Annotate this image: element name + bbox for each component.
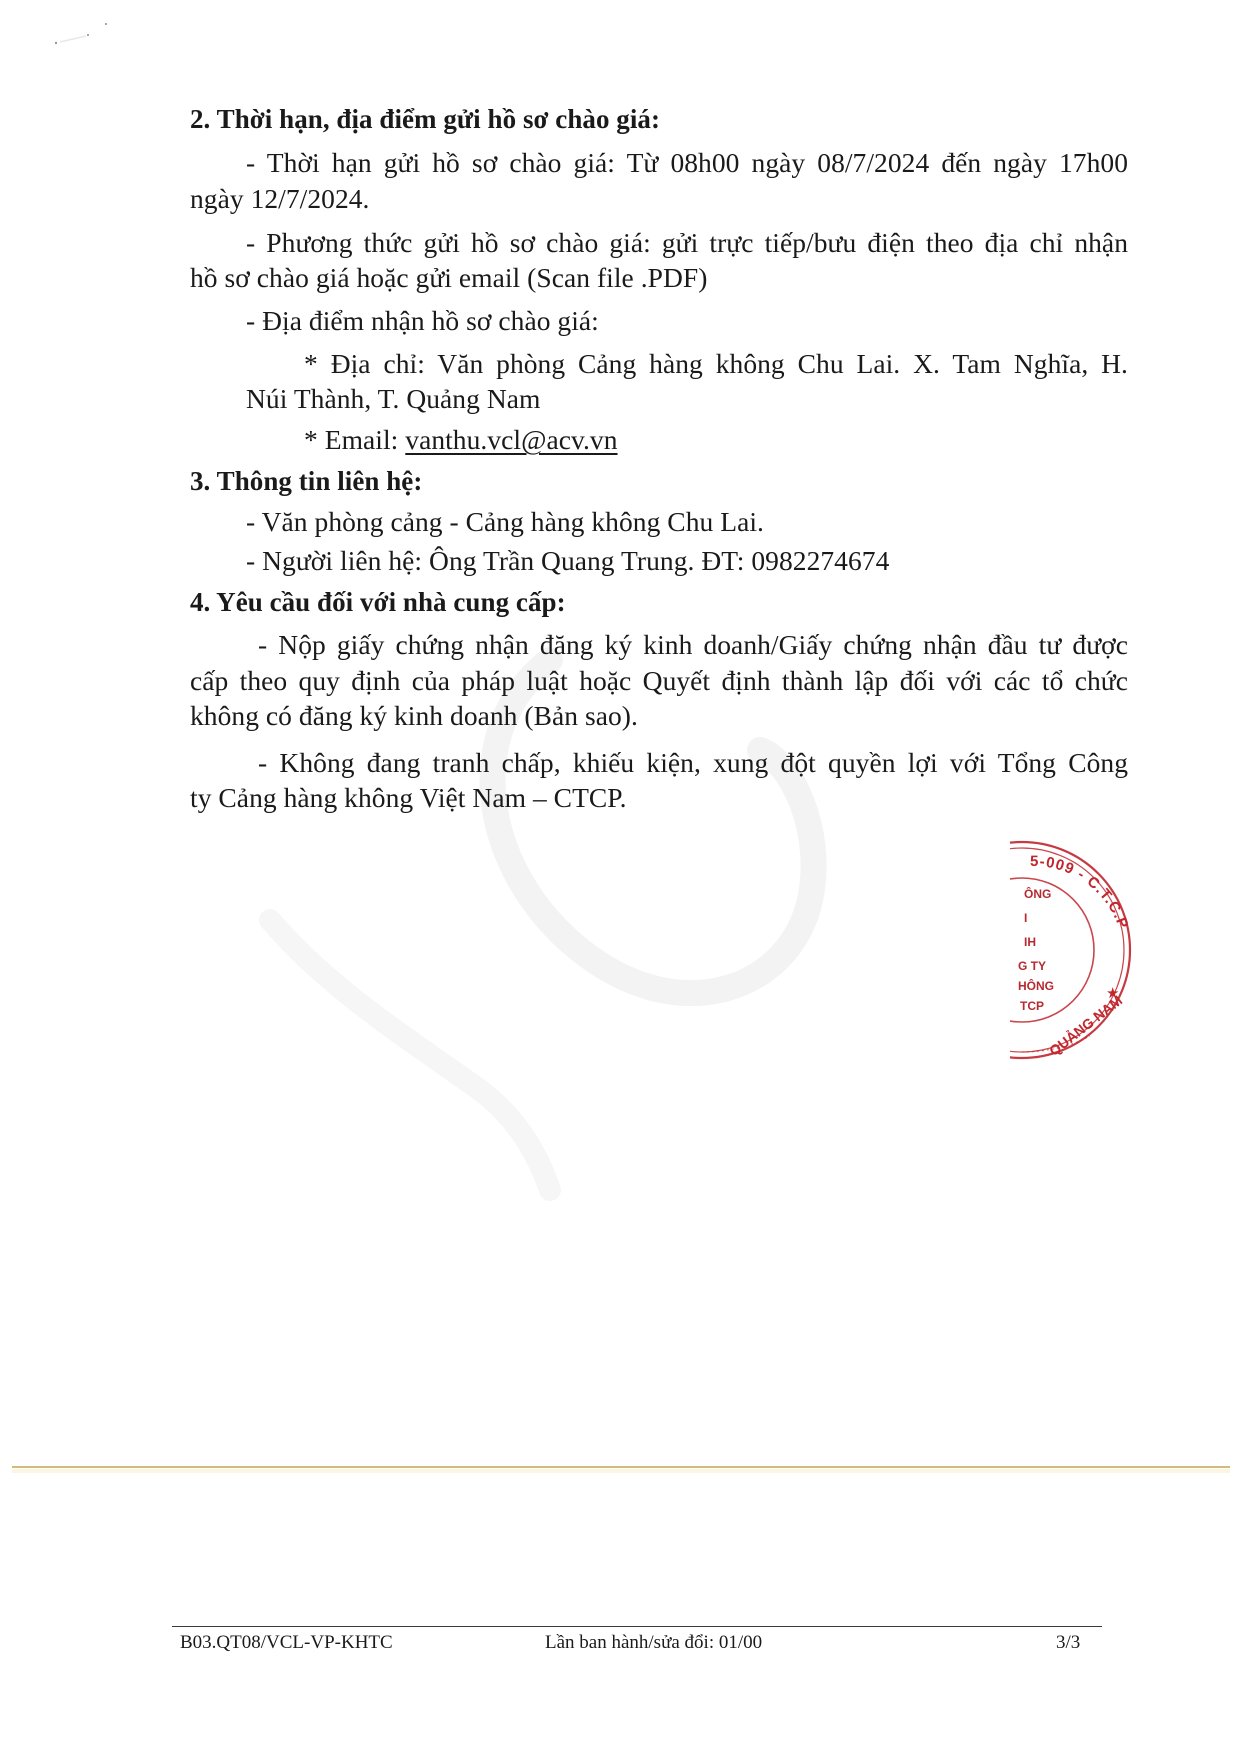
stamp-arc-bottom-text: QUẢNG NAM [1046, 992, 1125, 1059]
method-line-2: hồ sơ chào giá hoặc gửi email (Scan file… [190, 261, 707, 295]
stamp-inner-line: HÔNG [1018, 978, 1054, 993]
requirement-2-line-2: ty Cảng hàng không Việt Nam – CTCP. [190, 781, 627, 815]
page-separator-shadow [12, 1469, 1230, 1473]
stamp-seal-icon: 5-009 - C.T.C.P ★ QUẢNG NAM ÔNG I IH G T… [1010, 830, 1140, 1060]
stamp-inner-line: ÔNG [1024, 886, 1051, 901]
section-4-heading: 4. Yêu cầu đối với nhà cung cấp: [190, 585, 566, 619]
email-link[interactable]: vanthu.vcl@acv.vn [405, 424, 617, 455]
document-page: 2. Thời hạn, địa điểm gửi hồ sơ chào giá… [0, 0, 1241, 1755]
contact-office: - Văn phòng cảng - Cảng hàng không Chu L… [246, 505, 764, 539]
stamp-inner-line: I [1024, 911, 1027, 925]
footer-page-number: 3/3 [1056, 1631, 1080, 1655]
page-separator [12, 1466, 1230, 1468]
company-stamp: 5-009 - C.T.C.P ★ QUẢNG NAM ÔNG I IH G T… [1010, 830, 1140, 1060]
footer-doc-code: B03.QT08/VCL-VP-KHTC [180, 1631, 393, 1655]
stamp-inner-line: TCP [1020, 999, 1044, 1013]
address-line-1: * Địa chỉ: Văn phòng Cảng hàng không Chu… [246, 347, 1128, 381]
address-line-2: Núi Thành, T. Quảng Nam [246, 382, 540, 416]
requirement-1-line-1: - Nộp giấy chứng nhận đăng ký kinh doanh… [190, 628, 1128, 662]
stamp-inner-line: G TY [1018, 959, 1046, 973]
email-label: * Email: [304, 424, 405, 455]
requirement-2-line-1: - Không đang tranh chấp, khiếu kiện, xun… [190, 746, 1128, 780]
deadline-line-1: - Thời hạn gửi hồ sơ chào giá: Từ 08h00 … [190, 146, 1128, 180]
scan-artifact [30, 18, 110, 48]
section-2-heading: 2. Thời hạn, địa điểm gửi hồ sơ chào giá… [190, 102, 660, 136]
method-line-1: - Phương thức gửi hồ sơ chào giá: gửi tr… [190, 226, 1128, 260]
requirement-1-line-3: không có đăng ký kinh doanh (Bản sao). [190, 699, 638, 733]
section-3-heading: 3. Thông tin liên hệ: [190, 464, 422, 498]
requirement-1-line-2: cấp theo quy định của pháp luật hoặc Quy… [190, 664, 1128, 698]
contact-person: - Người liên hệ: Ông Trần Quang Trung. Đ… [246, 544, 889, 578]
footer-rule [172, 1626, 1102, 1627]
location-label: - Địa điểm nhận hồ sơ chào giá: [246, 304, 599, 338]
footer-revision: Lần ban hành/sửa đổi: 01/00 [545, 1631, 762, 1655]
stamp-inner-line: IH [1024, 935, 1036, 949]
deadline-line-2: ngày 12/7/2024. [190, 182, 370, 216]
email-line: * Email: vanthu.vcl@acv.vn [304, 423, 618, 457]
